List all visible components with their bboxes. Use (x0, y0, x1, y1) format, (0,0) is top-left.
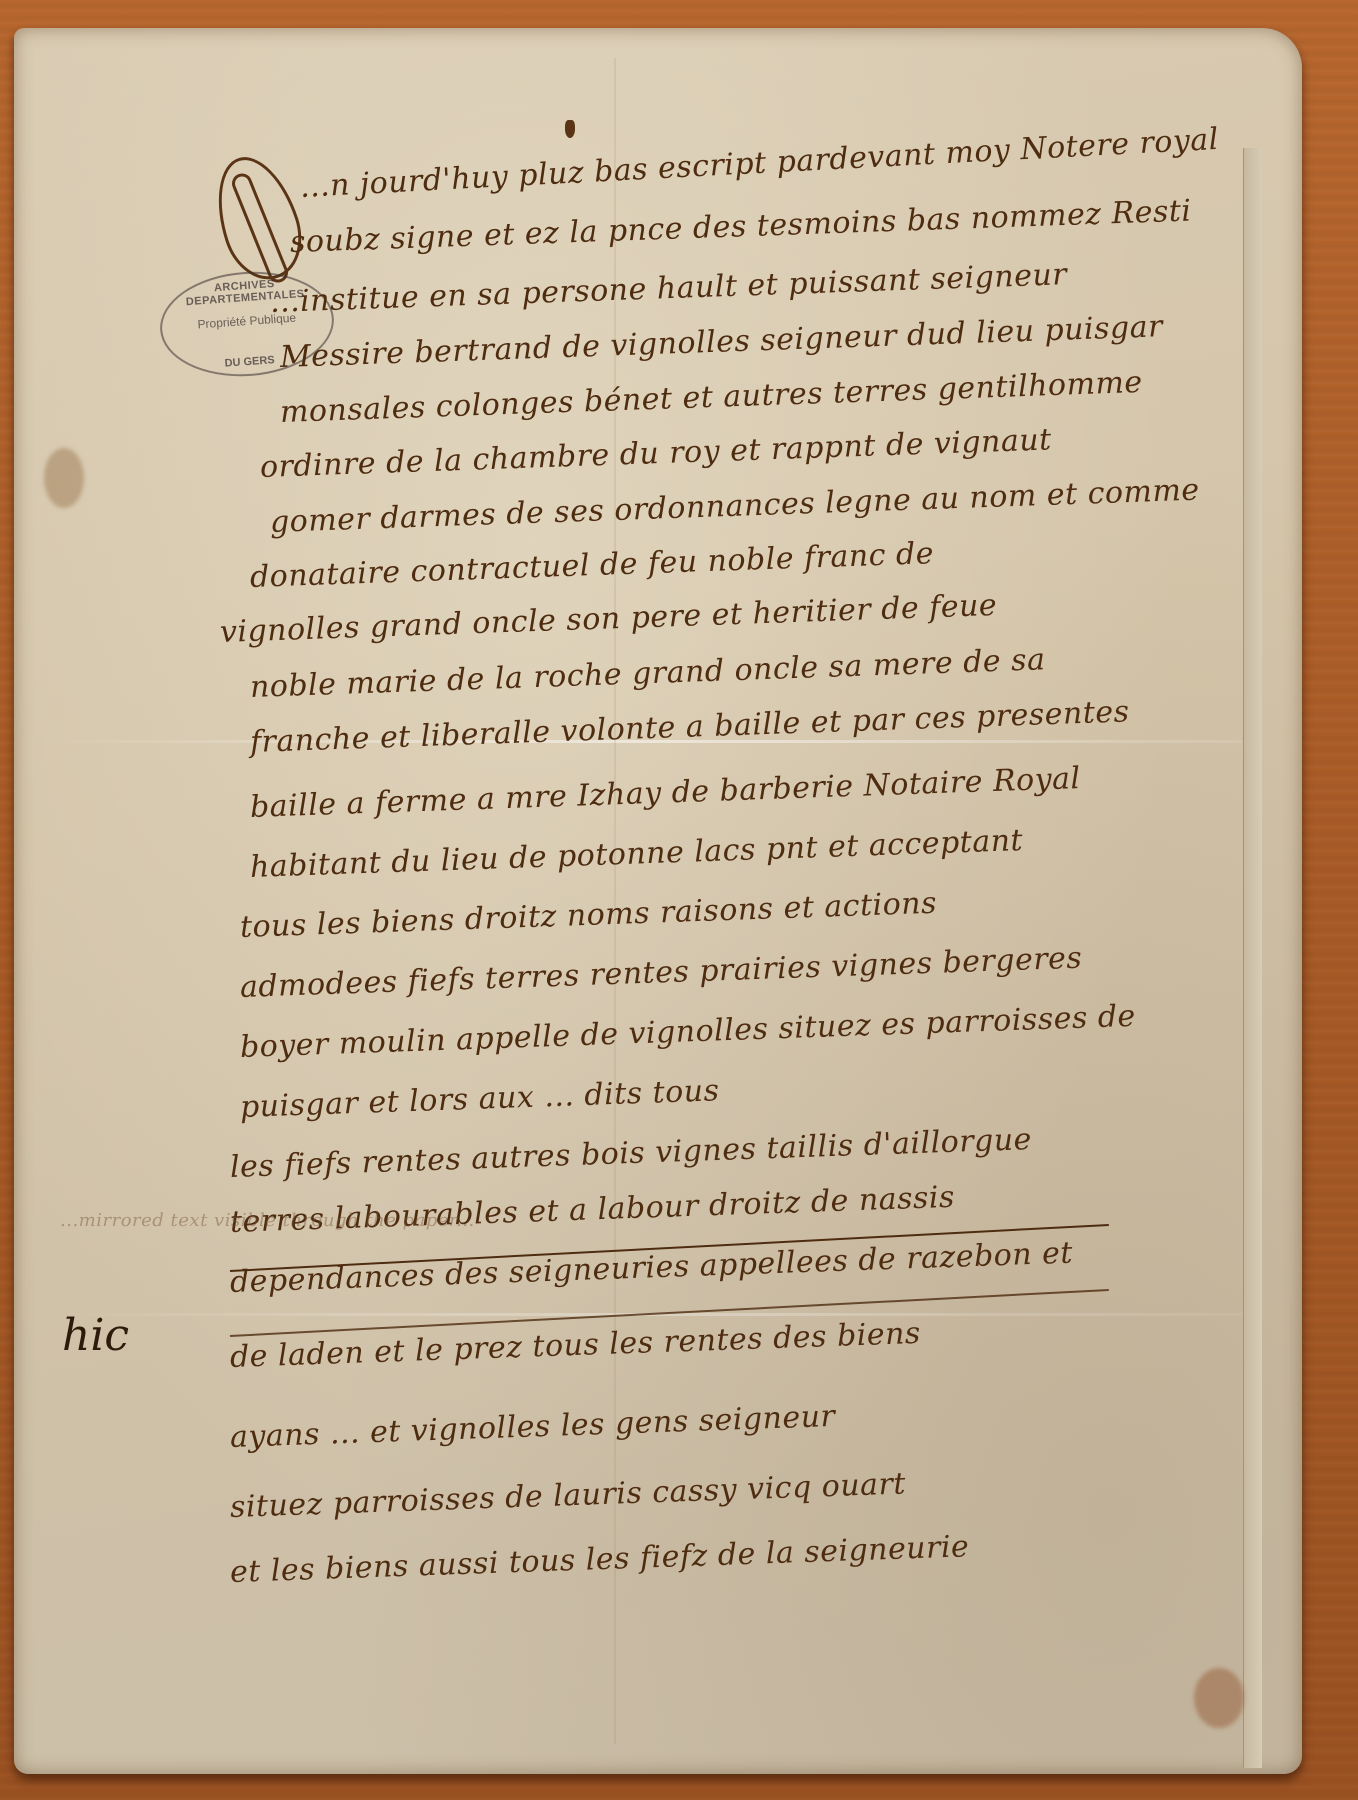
margin-note: hic (62, 1310, 129, 1361)
foxing-stain (1194, 1668, 1244, 1728)
ink-blot (565, 120, 575, 138)
bleed-through-text: ...mirrored text visible through the pap… (60, 1210, 475, 1231)
water-stain (44, 448, 84, 508)
page-edge (1243, 148, 1262, 1768)
